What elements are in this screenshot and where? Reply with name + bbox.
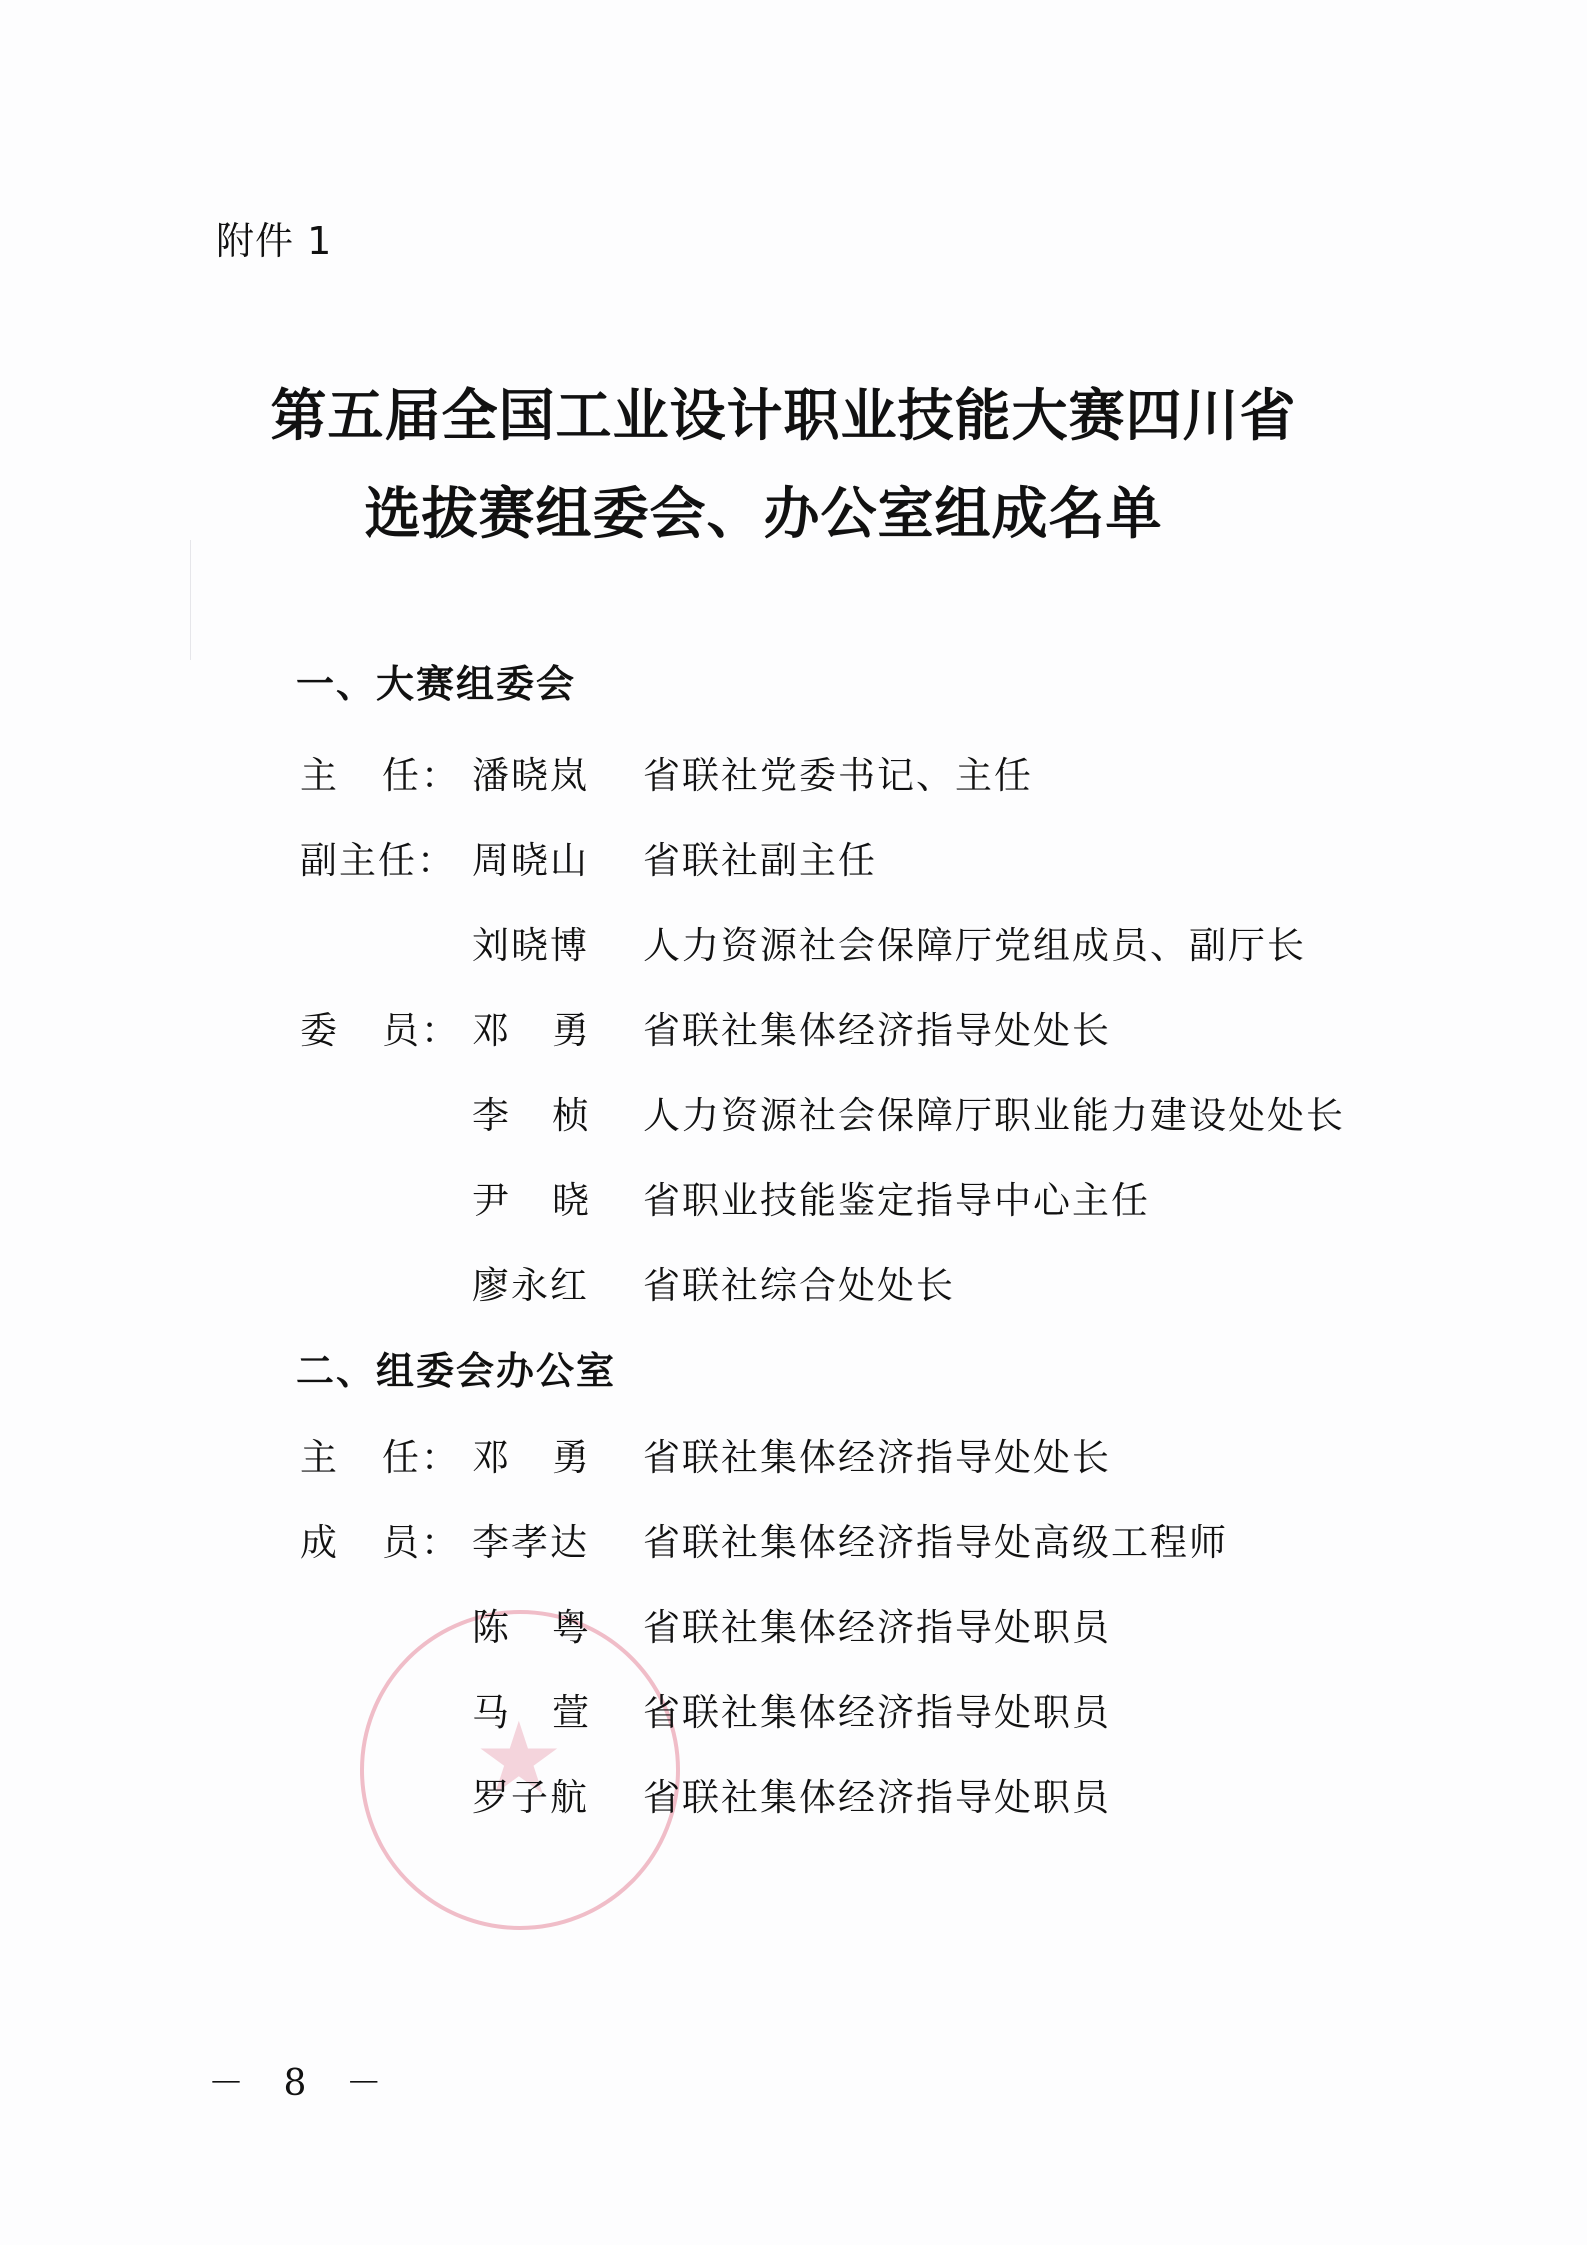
role-char: 副主任：: [300, 830, 456, 884]
member-position: 人力资源社会保障厅职业能力建设处处长: [643, 1085, 1345, 1139]
name-text: 廖永红: [472, 1255, 589, 1309]
role-char: 任：: [382, 1427, 460, 1481]
member-position: 省联社集体经济指导处高级工程师: [643, 1512, 1228, 1566]
member-position: 省联社集体经济指导处职员: [643, 1682, 1111, 1736]
name-text: 刘晓博: [472, 915, 589, 969]
name-text: 桢: [552, 1085, 591, 1139]
role-char: 委: [300, 1000, 339, 1054]
section-heading-office: 二、组委会办公室: [296, 1340, 616, 1395]
name-text: 晓: [552, 1170, 591, 1224]
attachment-label: 附件 1: [216, 210, 332, 265]
name-text: 罗子航: [472, 1767, 589, 1821]
section-heading-committee: 一、大赛组委会: [296, 653, 576, 708]
document-title-line-2: 选拔赛组委会、办公室组成名单: [0, 470, 1557, 550]
member-position: 省联社集体经济指导处处长: [643, 1000, 1111, 1054]
member-position: 省联社集体经济指导处职员: [643, 1767, 1111, 1821]
member-position: 省联社集体经济指导处处长: [643, 1427, 1111, 1481]
role-char: 主: [300, 1427, 339, 1481]
name-text: 邓: [472, 1427, 511, 1481]
name-text: 陈: [472, 1597, 511, 1651]
member-position: 省联社党委书记、主任: [643, 745, 1033, 799]
name-text: 李: [472, 1085, 511, 1139]
name-text: 马: [472, 1682, 511, 1736]
name-text: 勇: [552, 1427, 591, 1481]
name-text: 尹: [472, 1170, 511, 1224]
name-text: 粤: [552, 1597, 591, 1651]
document-title-line-1: 第五届全国工业设计职业技能大赛四川省: [0, 372, 1577, 452]
role-char: 成: [300, 1512, 339, 1566]
role-char: 员：: [382, 1000, 460, 1054]
role-char: 任：: [382, 745, 460, 799]
member-position: 省联社综合处处长: [643, 1255, 955, 1309]
name-text: 李孝达: [472, 1512, 589, 1566]
name-text: 周晓山: [472, 830, 589, 884]
role-char: 员：: [382, 1512, 460, 1566]
role-char: 主: [300, 745, 339, 799]
name-text: 萱: [552, 1682, 591, 1736]
member-position: 省联社集体经济指导处职员: [643, 1597, 1111, 1651]
name-text: 邓: [472, 1000, 511, 1054]
member-position: 省职业技能鉴定指导中心主任: [643, 1170, 1150, 1224]
page-number: － 8 －: [208, 2055, 396, 2106]
name-text: 勇: [552, 1000, 591, 1054]
scan-artifact-line: [190, 540, 191, 660]
member-position: 省联社副主任: [643, 830, 877, 884]
name-text: 潘晓岚: [472, 745, 589, 799]
member-position: 人力资源社会保障厅党组成员、副厅长: [643, 915, 1306, 969]
